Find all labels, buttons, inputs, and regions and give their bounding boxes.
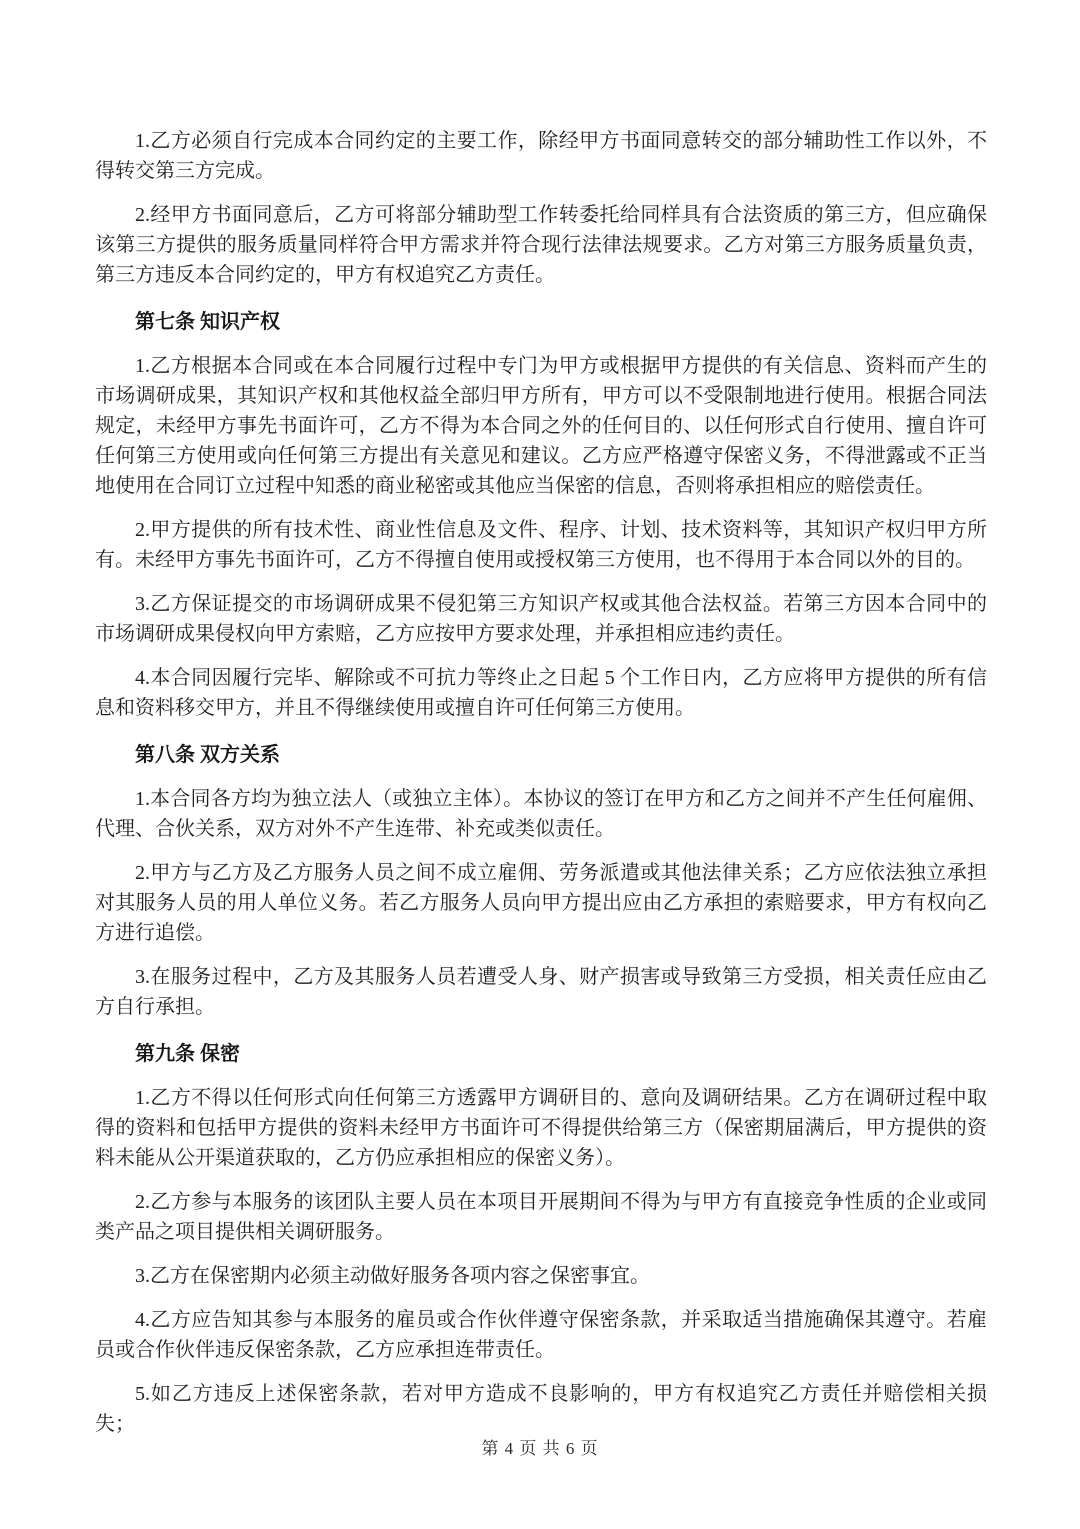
article-9-paragraph-3: 3.乙方在保密期内必须主动做好服务各项内容之保密事宜。 (95, 1261, 987, 1291)
clause-paragraph-subcontract-2: 2.经甲方书面同意后，乙方可将部分辅助型工作转委托给同样具有合法资质的第三方，但… (95, 200, 987, 290)
article-7-paragraph-1: 1.乙方根据本合同或在本合同履行过程中专门为甲方或根据甲方提供的有关信息、资料而… (95, 351, 987, 501)
clause-paragraph-subcontract-1: 1.乙方必须自行完成本合同约定的主要工作，除经甲方书面同意转交的部分辅助性工作以… (95, 126, 987, 186)
article-8-paragraph-1: 1.本合同各方均为独立法人（或独立主体）。本协议的签订在甲方和乙方之间并不产生任… (95, 784, 987, 844)
contract-document-page: 1.乙方必须自行完成本合同约定的主要工作，除经甲方书面同意转交的部分辅助性工作以… (0, 0, 1080, 1529)
article-8-paragraph-2: 2.甲方与乙方及乙方服务人员之间不成立雇佣、劳务派遣或其他法律关系；乙方应依法独… (95, 858, 987, 948)
article-8-paragraph-3: 3.在服务过程中，乙方及其服务人员若遭受人身、财产损害或导致第三方受损，相关责任… (95, 962, 987, 1022)
contract-body: 1.乙方必须自行完成本合同约定的主要工作，除经甲方书面同意转交的部分辅助性工作以… (95, 112, 987, 1453)
article-7-heading: 第七条 知识产权 (95, 307, 987, 337)
article-7-paragraph-2: 2.甲方提供的所有技术性、商业性信息及文件、程序、计划、技术资料等，其知识产权归… (95, 515, 987, 575)
article-8-heading: 第八条 双方关系 (95, 740, 987, 770)
article-9-paragraph-1: 1.乙方不得以任何形式向任何第三方透露甲方调研目的、意向及调研结果。乙方在调研过… (95, 1083, 987, 1173)
article-9-paragraph-4: 4.乙方应告知其参与本服务的雇员或合作伙伴遵守保密条款，并采取适当措施确保其遵守… (95, 1305, 987, 1365)
article-9-heading: 第九条 保密 (95, 1039, 987, 1069)
article-7-paragraph-4: 4.本合同因履行完毕、解除或不可抗力等终止之日起 5 个工作日内，乙方应将甲方提… (95, 663, 987, 723)
article-7-paragraph-3: 3.乙方保证提交的市场调研成果不侵犯第三方知识产权或其他合法权益。若第三方因本合… (95, 589, 987, 649)
page-number-label: 第 4 页 共 6 页 (481, 1439, 598, 1458)
article-9-paragraph-2: 2.乙方参与本服务的该团队主要人员在本项目开展期间不得为与甲方有直接竞争性质的企… (95, 1187, 987, 1247)
article-9-paragraph-5: 5.如乙方违反上述保密条款，若对甲方造成不良影响的，甲方有权追究乙方责任并赔偿相… (95, 1379, 987, 1439)
page-footer: 第 4 页 共 6 页 (0, 1434, 1080, 1459)
